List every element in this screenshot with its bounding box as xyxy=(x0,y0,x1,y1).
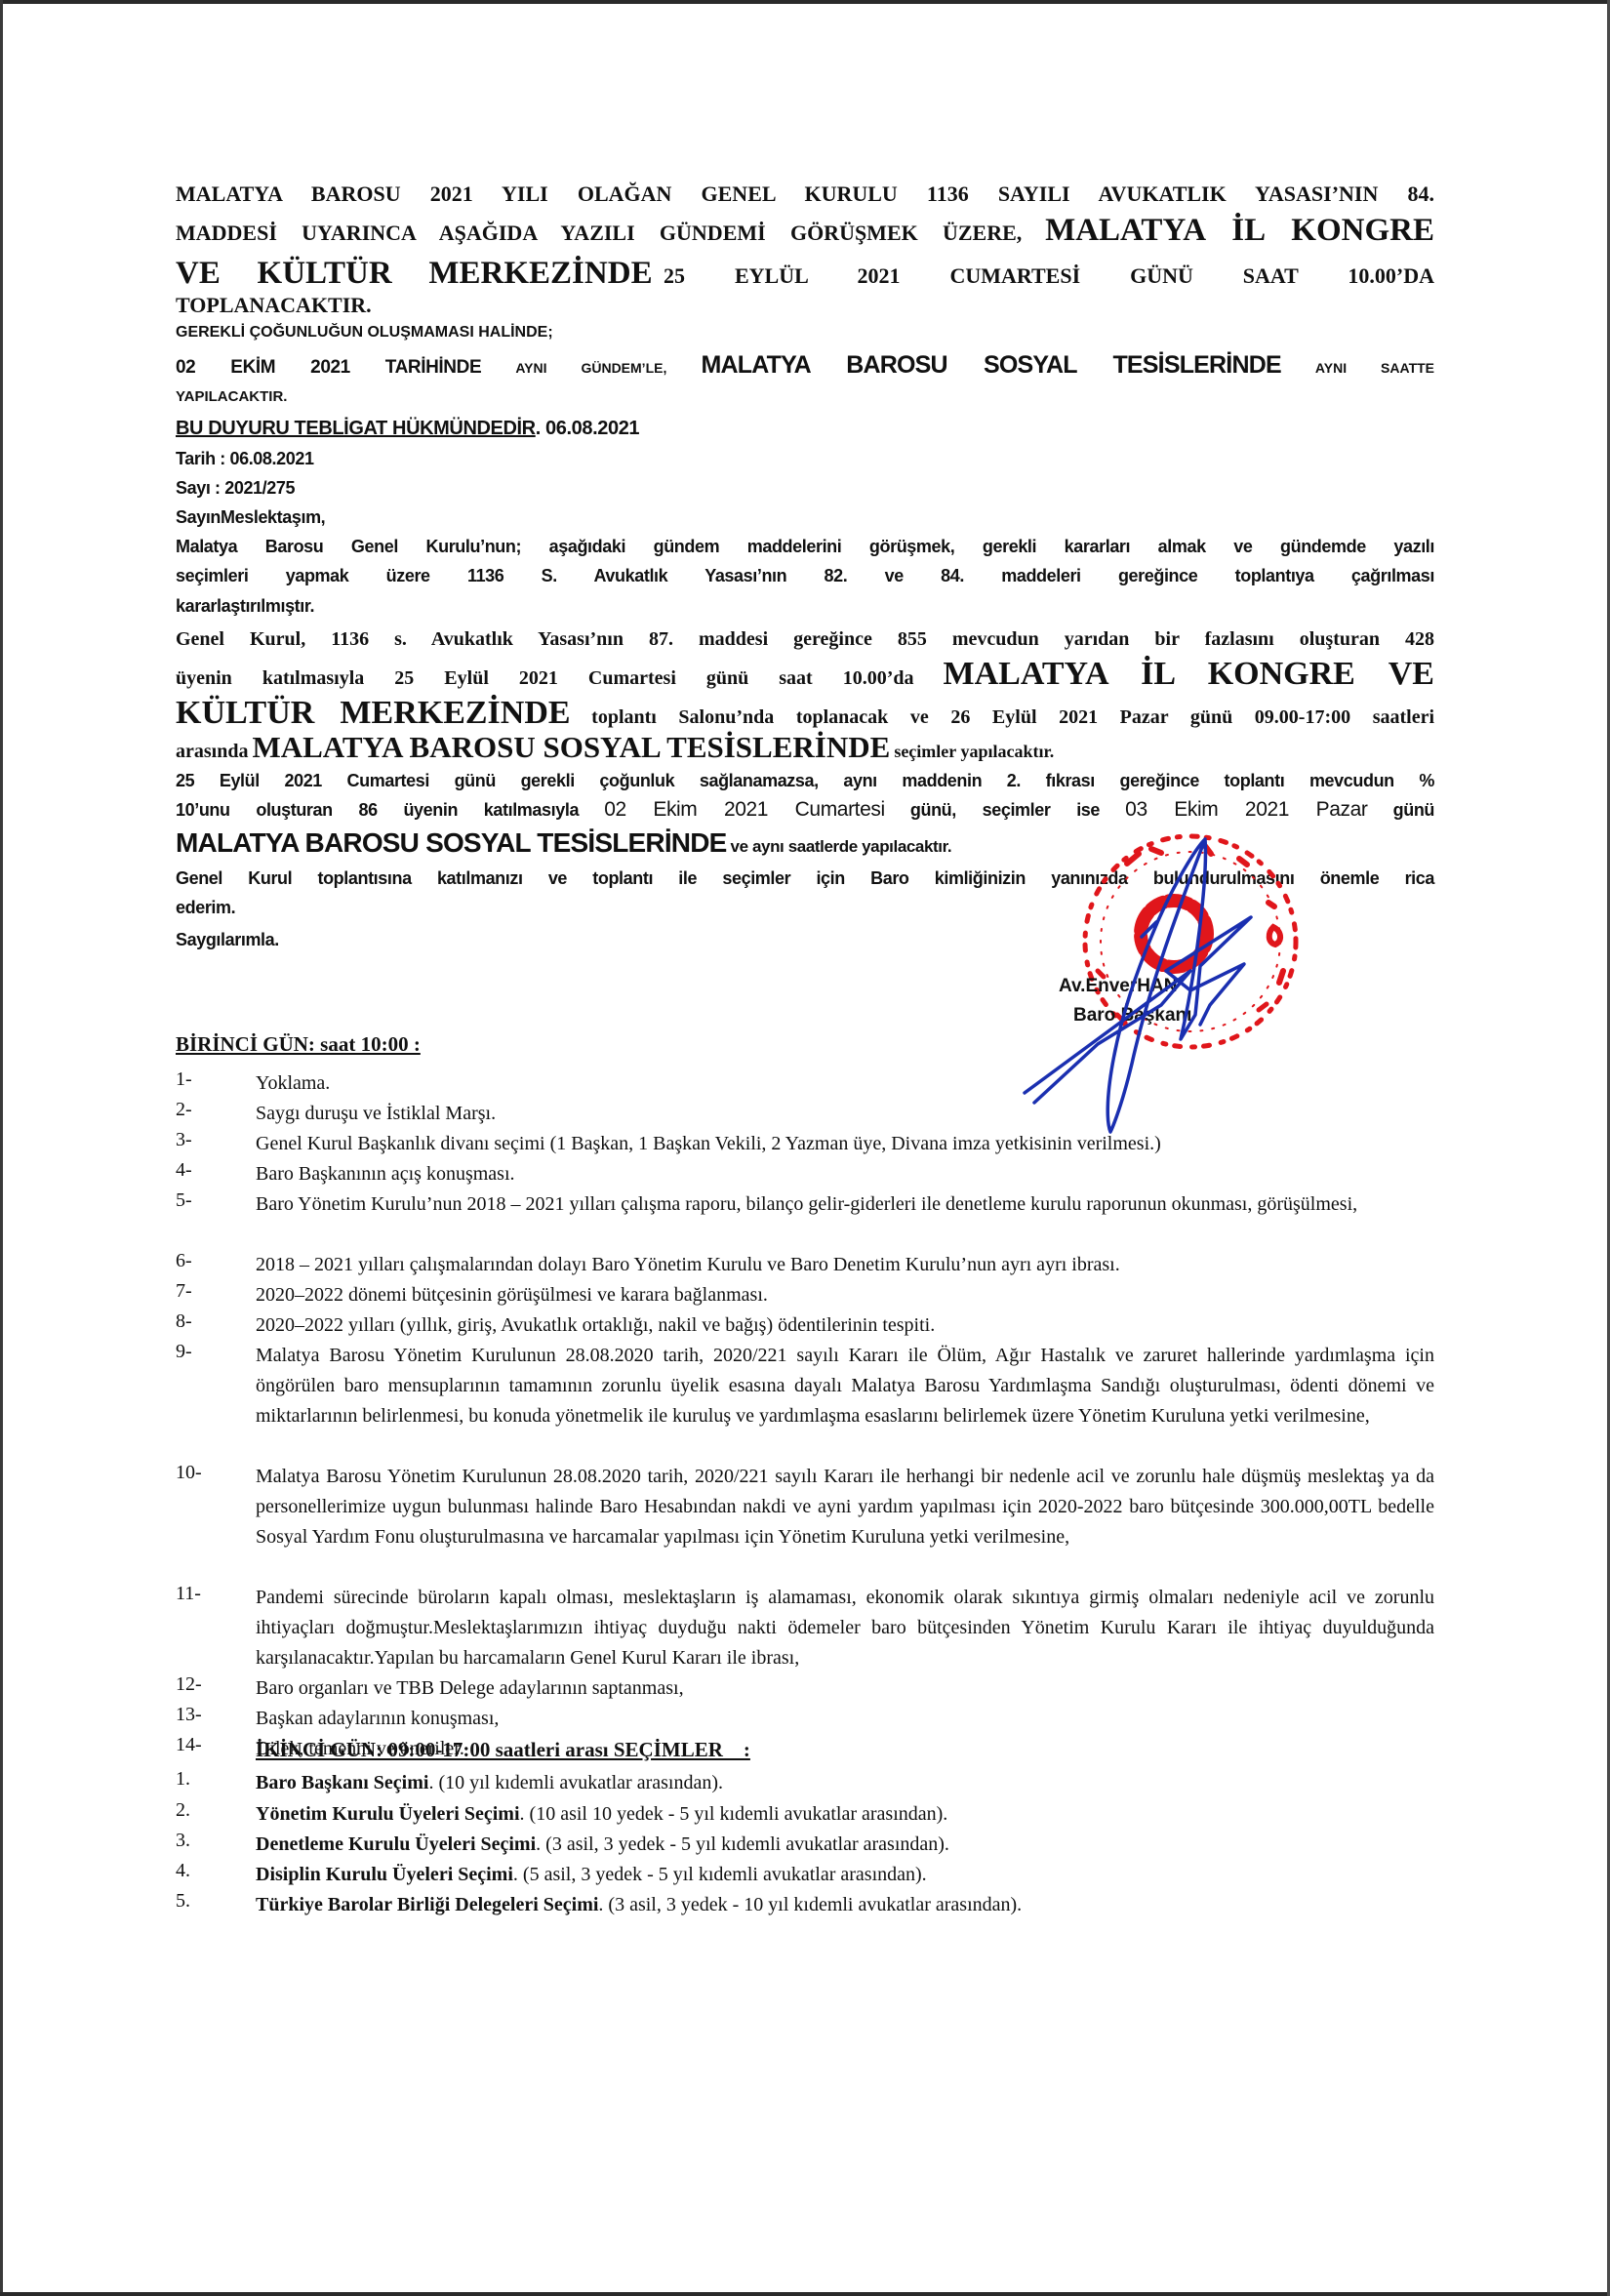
agenda-item-number: 1- xyxy=(176,1068,192,1091)
election-item-detail: . (10 asil 10 yedek - 5 yıl kıdemli avuk… xyxy=(520,1803,948,1825)
paragraph-1-line-2: seçimleri yapmak üzere 1136 S. Avukatlık… xyxy=(176,566,1434,586)
agenda-item-text: Pandemi sürecinde büroların kapalı olmas… xyxy=(256,1583,1434,1673)
election-item-title: Türkiye Barolar Birliği Delegeleri Seçim… xyxy=(256,1894,598,1915)
paragraph-3-line-3: MALATYA BAROSU SOSYAL TESİSLERİNDE ve ay… xyxy=(176,827,1434,859)
document-date: Tarih : 06.08.2021 xyxy=(176,449,1434,469)
agenda-item-text: Yoklama. xyxy=(256,1068,1434,1099)
paragraph-4-line-2: ederim. xyxy=(176,898,1434,918)
agenda-item-number: 13- xyxy=(176,1704,202,1726)
agenda-item-text: Baro Başkanının açış konuşması. xyxy=(256,1159,1434,1189)
agenda-item-text: Saygı duruşu ve İstiklal Marşı. xyxy=(256,1099,1434,1129)
agenda-item-number: 11- xyxy=(176,1583,201,1605)
election-item-number: 1. xyxy=(176,1768,190,1791)
election-item-number: 5. xyxy=(176,1890,190,1913)
paragraph-2-line-2: üyenin katılmasıyla 25 Eylül 2021 Cumart… xyxy=(176,656,1434,693)
paragraph-3-line-1: 25 Eylül 2021 Cumartesi günü gerekli çoğ… xyxy=(176,771,1434,791)
election-item-title: Yönetim Kurulu Üyeleri Seçimi xyxy=(256,1803,520,1825)
venue-alternate: MALATYA BAROSU SOSYAL TESİSLERİNDE xyxy=(701,351,1280,379)
paragraph-2-line-1: Genel Kurul, 1136 s. Avukatlık Yasası’nı… xyxy=(176,628,1434,651)
venue-alternate-inline: MALATYA BAROSU SOSYAL TESİSLERİNDE xyxy=(252,730,890,764)
first-day-title: BİRİNCİ GÜN: saat 10:00 : xyxy=(176,1032,421,1057)
closing: Saygılarımla. xyxy=(176,930,1434,950)
paragraph-2-line-3: KÜLTÜR MERKEZİNDE toplantı Salonu’nda to… xyxy=(176,695,1434,732)
document-number: Sayı : 2021/275 xyxy=(176,478,1434,499)
agenda-item-number: 4- xyxy=(176,1159,192,1182)
agenda-item-number: 12- xyxy=(176,1673,202,1696)
venue-primary-cont: VE KÜLTÜR MERKEZİNDE xyxy=(176,256,653,291)
agenda-item-text: 2020–2022 yılları (yıllık, giriş, Avukat… xyxy=(256,1310,1434,1341)
header-line-4: TOPLANACAKTIR. xyxy=(176,293,1434,318)
agenda-item-number: 10- xyxy=(176,1462,202,1484)
agenda-item-number: 8- xyxy=(176,1310,192,1333)
paragraph-3-line-2: 10’unu oluşturan 86 üyenin katılmasıyla … xyxy=(176,798,1434,822)
signer-name: Av.EnverHAN xyxy=(1059,976,1177,997)
agenda-item-number: 5- xyxy=(176,1189,192,1212)
election-item-detail: . (10 yıl kıdemli avukatlar arasından). xyxy=(428,1772,723,1793)
notice-text: BU DUYURU TEBLİGAT HÜKMÜNDEDİR xyxy=(176,418,536,439)
agenda-item-text: Malatya Barosu Yönetim Kurulunun 28.08.2… xyxy=(256,1341,1434,1431)
election-item-number: 4. xyxy=(176,1860,190,1882)
paragraph-1-line-1: Malatya Barosu Genel Kurulu’nun; aşağıda… xyxy=(176,537,1434,557)
venue-primary-inline: MALATYA İL KONGRE VE xyxy=(944,656,1434,692)
agenda-item-number: 2- xyxy=(176,1099,192,1121)
quorum-note: GEREKLİ ÇOĞUNLUĞUN OLUŞMAMASI HALİNDE; xyxy=(176,324,1434,342)
paragraph-1-line-3: kararlaştırılmıştır. xyxy=(176,596,1434,617)
agenda-item-number: 9- xyxy=(176,1341,192,1363)
notice-line: BU DUYURU TEBLİGAT HÜKMÜNDEDİR. 06.08.20… xyxy=(176,418,1434,440)
agenda-item-number: 7- xyxy=(176,1280,192,1303)
election-item-title: Denetleme Kurulu Üyeleri Seçimi xyxy=(256,1833,536,1855)
election-item-detail: . (3 asil, 3 yedek - 10 yıl kıdemli avuk… xyxy=(598,1894,1022,1915)
scan-edge-top xyxy=(0,0,1610,4)
agenda-item-text: Baro organları ve TBB Delege adaylarının… xyxy=(256,1673,1434,1704)
venue-primary: MALATYA İL KONGRE xyxy=(1045,213,1434,248)
agenda-item-number: 3- xyxy=(176,1129,192,1151)
election-item-number: 3. xyxy=(176,1830,190,1852)
election-item-title: Baro Başkanı Seçimi xyxy=(256,1772,428,1793)
agenda-item-text: 2018 – 2021 yılları çalışmalarından dola… xyxy=(256,1250,1434,1280)
agenda-item-text: 2020–2022 dönemi bütçesinin görüşülmesi … xyxy=(256,1280,1434,1310)
election-item-detail: . (5 asil, 3 yedek - 5 yıl kıdemli avuka… xyxy=(513,1864,927,1885)
agenda-item-text: Genel Kurul Başkanlık divanı seçimi (1 B… xyxy=(256,1129,1434,1159)
signer-title: Baro Başkanı xyxy=(1073,1005,1191,1027)
header-line-2: MADDESİ UYARINCA AŞAĞIDA YAZILI GÜNDEMİ … xyxy=(176,213,1434,249)
election-item-title: Disiplin Kurulu Üyeleri Seçimi xyxy=(256,1864,513,1885)
agenda-item-number: 14- xyxy=(176,1734,202,1756)
second-day-title: İKİNCİ GÜN: 09:00-17:00 saatleri arası S… xyxy=(256,1738,750,1762)
paragraph-4-line-1: Genel Kurul toplantısına katılmanızı ve … xyxy=(176,868,1434,889)
agenda-item-text: Baro Yönetim Kurulu’nun 2018 – 2021 yıll… xyxy=(256,1189,1434,1220)
salutation: SayınMeslektaşım, xyxy=(176,507,1434,528)
election-item-number: 2. xyxy=(176,1799,190,1822)
alternate-end: YAPILACAKTIR. xyxy=(176,388,1434,405)
election-item-detail: . (3 asil, 3 yedek - 5 yıl kıdemli avuka… xyxy=(536,1833,949,1855)
header-line-1: MALATYA BAROSU 2021 YILI OLAĞAN GENEL KU… xyxy=(176,181,1434,207)
agenda-item-text: Malatya Barosu Yönetim Kurulunun 28.08.2… xyxy=(256,1462,1434,1552)
scan-edge-bottom xyxy=(0,2292,1610,2296)
scan-edge-left xyxy=(0,0,3,2296)
alternate-date-line: 02 EKİM 2021 TARİHİNDE AYNI GÜNDEM’LE, M… xyxy=(176,351,1434,380)
agenda-item-text: Başkan adaylarının konuşması, xyxy=(256,1704,1434,1734)
paragraph-2-line-4: arasında MALATYA BAROSU SOSYAL TESİSLERİ… xyxy=(176,730,1434,765)
agenda-item-number: 6- xyxy=(176,1250,192,1272)
header-line-3: VE KÜLTÜR MERKEZİNDE 25 EYLÜL 2021 CUMAR… xyxy=(176,256,1434,292)
